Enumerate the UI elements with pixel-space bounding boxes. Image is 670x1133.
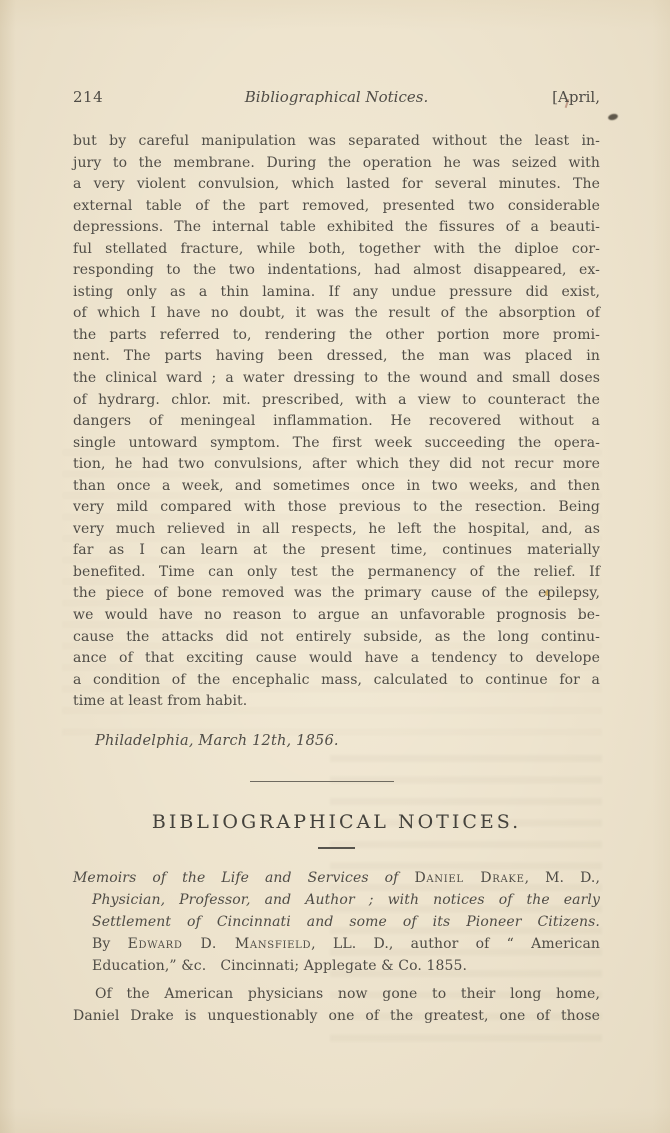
body-text-line: dangers of meningeal inflammation. He re… [73, 411, 600, 433]
body-text-line: a very violent convulsion, which lasted … [73, 174, 600, 196]
body-text-line: jury to the membrane. During the operati… [73, 153, 600, 175]
issue-date: [April, [552, 88, 600, 106]
citation-line: Physician, Professor, and Author ; with … [73, 889, 600, 911]
body-text-line: external table of the part removed, pres… [73, 196, 600, 218]
body-text-line: a condition of the encephalic mass, calc… [73, 670, 600, 692]
body-text-line: very much relieved in all respects, he l… [73, 519, 600, 541]
article-dateline: Philadelphia, March 12th, 1856. [95, 733, 339, 749]
body-text-line: the clinical ward ; a water dressing to … [73, 368, 600, 390]
running-head: 214 Bibliographical Notices. [April, [73, 88, 600, 110]
intro-text-line: Daniel Drake is unquestionably one of th… [73, 1006, 600, 1028]
citation-line: Memoirs of the Life and Services of Dani… [73, 867, 600, 889]
body-text-line: ful stellated fracture, while both, toge… [73, 239, 600, 261]
citation-line: Education,” &c. Cincinnati; Applegate & … [73, 955, 600, 977]
body-text-line: depressions. The internal table exhibite… [73, 217, 600, 239]
body-text-line: the piece of bone removed was the primar… [73, 583, 600, 605]
body-text-line: of which I have no doubt, it was the res… [73, 303, 600, 325]
citation-segment: Daniel Drake [414, 870, 524, 886]
citation-segment: Edward D. Mansfield [128, 936, 312, 952]
section-heading: BIBLIOGRAPHICAL NOTICES. [73, 811, 600, 833]
body-text-line: ance of that exciting cause would have a… [73, 648, 600, 670]
body-text-line: very mild compared with those previous t… [73, 497, 600, 519]
running-title: Bibliographical Notices. [245, 88, 428, 106]
section-divider-rule [250, 781, 394, 782]
citation-segment: Education,” &c. Cincinnati; Applegate & … [92, 958, 467, 974]
heading-rule [318, 847, 355, 849]
citation-segment: Settlement of Cincinnati and some of its… [92, 914, 600, 930]
citation-segment: Memoirs of the Life and Services of [73, 870, 414, 886]
citation-segment: By [92, 936, 128, 952]
body-text-line: time at least from habit. [73, 691, 600, 713]
body-text-line: benefited. Time can only test the perman… [73, 562, 600, 584]
book-citation: Memoirs of the Life and Services of Dani… [73, 867, 600, 977]
citation-line: By Edward D. Mansfield, LL. D., author o… [73, 933, 600, 955]
page-number: 214 [73, 88, 103, 106]
body-text-line: than once a week, and sometimes once in … [73, 476, 600, 498]
body-text-line: of hydrarg. chlor. mit. prescribed, with… [73, 390, 600, 412]
body-text-line: far as I can learn at the present time, … [73, 540, 600, 562]
citation-line: Settlement of Cincinnati and some of its… [73, 911, 600, 933]
body-text-line: nent. The parts having been dressed, the… [73, 346, 600, 368]
body-text-line: responding to the two indentations, had … [73, 260, 600, 282]
scanned-page: 214 Bibliographical Notices. [April, but… [0, 0, 670, 1133]
intro-text-line: Of the American physicians now gone to t… [73, 984, 600, 1006]
body-text-line: but by careful manipulation was separate… [73, 131, 600, 153]
body-text-line: tion, he had two convulsions, after whic… [73, 454, 600, 476]
citation-segment: Physician, Professor, and Author ; with … [92, 892, 600, 908]
review-opening-paragraph: Of the American physicians now gone to t… [73, 984, 600, 1027]
body-text-line: isting only as a thin lamina. If any und… [73, 282, 600, 304]
citation-segment: , LL. D., author of “ American [311, 936, 600, 952]
article-body-paragraph: but by careful manipulation was separate… [73, 131, 600, 713]
body-text-line: we would have no reason to argue an unfa… [73, 605, 600, 627]
citation-segment: , M. D., [525, 870, 600, 886]
body-text-line: single untoward symptom. The first week … [73, 433, 600, 455]
body-text-line: the parts referred to, rendering the oth… [73, 325, 600, 347]
body-text-line: cause the attacks did not entirely subsi… [73, 627, 600, 649]
